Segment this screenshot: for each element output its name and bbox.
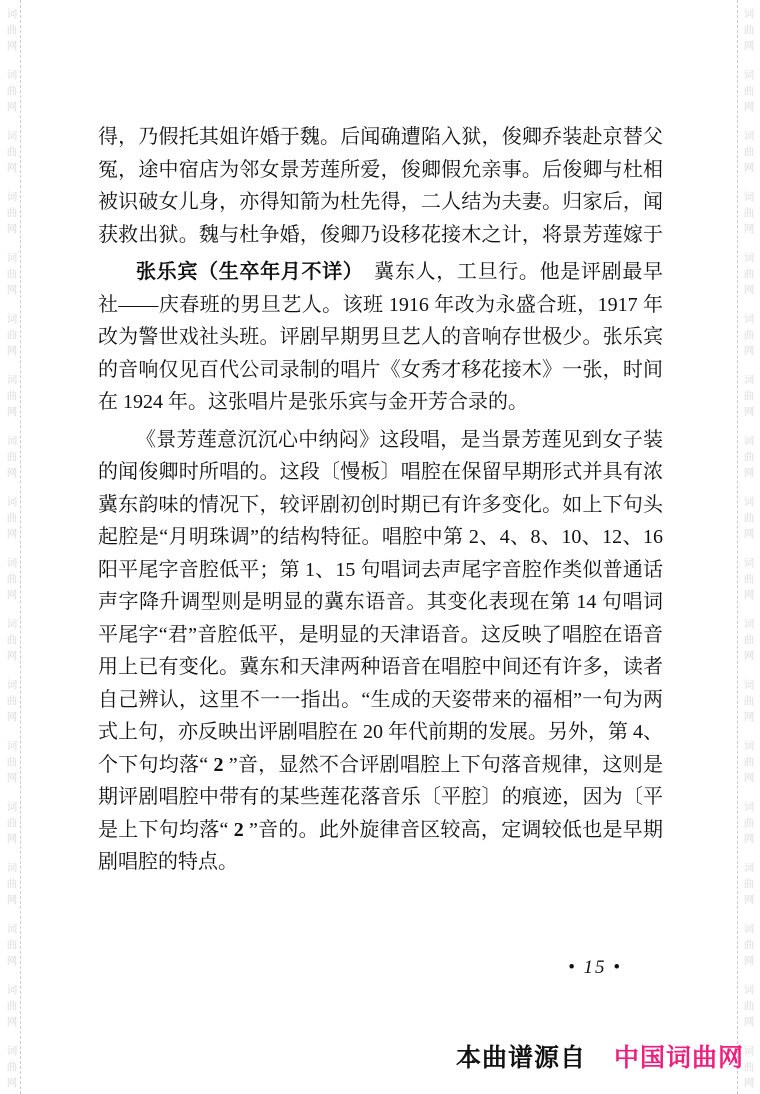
paragraph: 得，乃假托其姐许婚于魏。后闻确遭陷入狱，俊卿乔装赴京替父申冤，途中宿店为邻女景芳… [98, 121, 663, 251]
watermark-text: 词曲网 [744, 311, 755, 359]
watermark-column-right: 词曲网词曲网词曲网词曲网词曲网词曲网词曲网词曲网词曲网词曲网词曲网词曲网词曲网词… [740, 6, 758, 1094]
text-line: 声字降升调型则是明显的冀东语音。其变化表现在第 14 句唱词阴 [98, 586, 663, 619]
watermark-text: 词曲网 [744, 921, 755, 969]
text-line: 的音响仅见百代公司录制的唱片《女秀才移花接木》一张，时间约 [98, 354, 663, 387]
page-number: • 15 • [560, 957, 630, 979]
text-line: 平尾字“君”音腔低平，是明显的天津语音。这反映了唱腔在语音运 [98, 619, 663, 652]
text-line: 被识破女儿身，亦得知箭为杜先得，二人结为夫妻。归家后，闻确已 [98, 186, 663, 219]
text-line: 起腔是“月明珠调”的结构特征。唱腔中第 2、4、8、10、12、16 句唱词 [98, 521, 663, 554]
watermark-text: 词曲网 [744, 67, 755, 115]
text-line: 得，乃假托其姐许婚于魏。后闻确遭陷入狱，俊卿乔装赴京替父申 [98, 121, 663, 154]
text-line: 获救出狱。魏与杜争婚，俊卿乃设移花接木之计，将景芳莲嫁于魏。 [98, 219, 663, 252]
text-line: 个下句均落“ 2 ”音，显然不合评剧唱腔上下句落音规律，这则是早 [98, 749, 663, 782]
watermark-text: 词曲网 [744, 189, 755, 237]
watermark-text: 词曲网 [7, 189, 18, 237]
watermark-text: 词曲网 [744, 677, 755, 725]
text-line: 自己辨认，这里不一一指出。“生成的天姿带来的福相”一句为两逗 [98, 684, 663, 717]
watermark-text: 词曲网 [744, 799, 755, 847]
text-line: 用上已有变化。冀东和天津两种语音在唱腔中间还有许多，读者可 [98, 651, 663, 684]
watermark-text: 词曲网 [7, 921, 18, 969]
watermark-text: 词曲网 [744, 6, 755, 54]
watermark-text: 词曲网 [744, 982, 755, 1030]
watermark-text: 词曲网 [7, 555, 18, 603]
paragraph: 张乐宾（生卒年月不详） 冀东人，工旦行。他是评剧最早的班社——庆春班的男旦艺人。… [98, 256, 663, 419]
watermark-text: 词曲网 [7, 616, 18, 664]
watermark-text: 词曲网 [7, 128, 18, 176]
footer-credit: 本曲谱源自中国词曲网 [0, 1038, 744, 1074]
text-line: 式上句，亦反映出评剧唱腔在 20 年代前期的发展。另外，第 4、8 两 [98, 716, 663, 749]
text-line: 改为警世戏社头班。评剧早期男旦艺人的音响存世极少。张乐宾 [98, 321, 663, 354]
text-line: 社——庆春班的男旦艺人。该班 1916 年改为永盛合班，1917 年又 [98, 289, 663, 322]
text-line: 剧唱腔的特点。 [98, 846, 663, 879]
watermark-text: 词曲网 [744, 738, 755, 786]
page-text: 得，乃假托其姐许婚于魏。后闻确遭陷入狱，俊卿乔装赴京替父申冤，途中宿店为邻女景芳… [98, 121, 663, 879]
watermark-text: 词曲网 [7, 494, 18, 542]
watermark-text: 词曲网 [7, 250, 18, 298]
watermark-text: 词曲网 [7, 799, 18, 847]
text-line: 冀东韵味的情况下，较评剧初创时期已有许多变化。如上下句头眼 [98, 489, 663, 522]
text-line: 冤，途中宿店为邻女景芳莲所爱，俊卿假允亲事。后俊卿与杜相见并 [98, 154, 663, 187]
watermark-text: 词曲网 [744, 1043, 755, 1091]
watermark-text: 词曲网 [744, 616, 755, 664]
text-line: 是上下句均落“ 2 ”音的。此外旋律音区较高，定调较低也是早期评 [98, 814, 663, 847]
paragraph: 《景芳莲意沉沉心中纳闷》这段唱，是当景芳莲见到女子装束的闻俊卿时所唱的。这段〔慢… [98, 424, 663, 879]
watermark-text: 词曲网 [7, 982, 18, 1030]
watermark-text: 词曲网 [744, 555, 755, 603]
text-line: 《景芳莲意沉沉心中纳闷》这段唱，是当景芳莲见到女子装束 [98, 424, 663, 457]
watermark-text: 词曲网 [7, 6, 18, 54]
watermark-text: 词曲网 [7, 433, 18, 481]
watermark-text: 词曲网 [7, 372, 18, 420]
watermark-text: 词曲网 [744, 128, 755, 176]
left-dashed-rule [20, 0, 21, 1094]
watermark-text: 词曲网 [7, 738, 18, 786]
watermark-text: 词曲网 [744, 860, 755, 908]
text-line: 期评剧唱腔中带有的某些莲花落音乐〔平腔〕的痕迹，因为〔平腔〕 [98, 781, 663, 814]
text-line: 在 1924 年。这张唱片是张乐宾与金开芳合录的。 [98, 386, 663, 419]
watermark-text: 词曲网 [7, 860, 18, 908]
text-line: 张乐宾（生卒年月不详） 冀东人，工旦行。他是评剧最早的班 [98, 256, 663, 289]
scanned-book-page: 词曲网词曲网词曲网词曲网词曲网词曲网词曲网词曲网词曲网词曲网词曲网词曲网词曲网词… [0, 0, 760, 1094]
watermark-text: 词曲网 [744, 372, 755, 420]
watermark-text: 词曲网 [744, 494, 755, 542]
credit-prefix-label: 本曲谱源自 [456, 1044, 586, 1072]
watermark-text: 词曲网 [7, 67, 18, 115]
watermark-text: 词曲网 [7, 311, 18, 359]
watermark-text: 词曲网 [7, 677, 18, 725]
watermark-column-left: 词曲网词曲网词曲网词曲网词曲网词曲网词曲网词曲网词曲网词曲网词曲网词曲网词曲网词… [3, 6, 21, 1094]
credit-brand-label: 中国词曲网 [614, 1044, 744, 1072]
watermark-text: 词曲网 [744, 250, 755, 298]
watermark-text: 词曲网 [744, 433, 755, 481]
right-dashed-rule [737, 0, 738, 1094]
text-line: 的闻俊卿时所唱的。这段〔慢板〕唱腔在保留早期形式并具有浓郁 [98, 456, 663, 489]
text-line: 阳平尾字音腔低平；第 1、15 句唱词去声尾字音腔作类似普通话上 [98, 554, 663, 587]
